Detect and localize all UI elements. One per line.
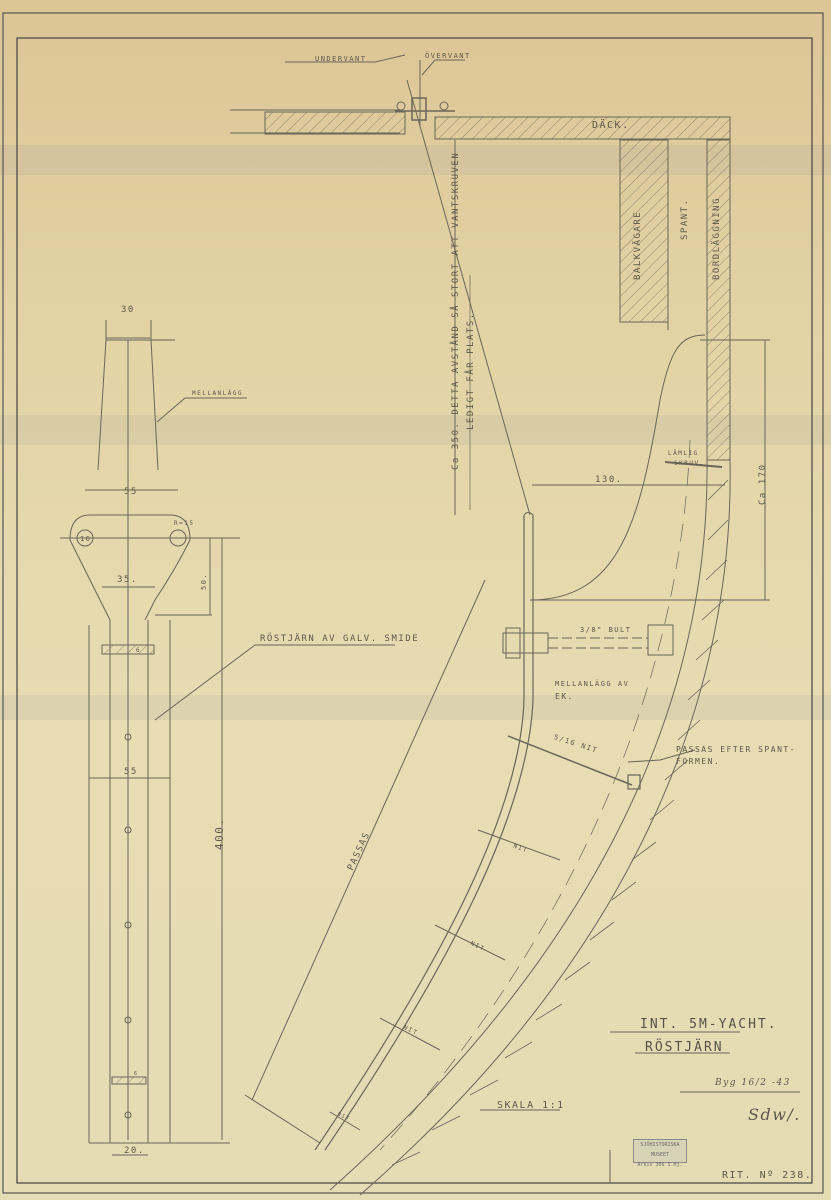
bolt-label: 3/8" BULT [580,626,631,634]
distance-note-line2: LEDIGT FÅR PLATS. [466,312,476,430]
mellanlagg-ek-label: MELLANLÄGG AV [555,680,629,688]
dim-30: 30 [121,305,135,315]
date-label: Byg 16/2 -43 [715,1078,791,1088]
side-view [60,320,395,1155]
dim-50: 50. [200,573,208,590]
dim-130: 130. [595,475,623,485]
bordlaggning-rect [707,140,730,460]
balkvagare-label: BALKVÄGARE [633,211,643,280]
archive-stamp: SJÖHISTORISKA MUSEET Arkiv 306 S.Hj. [633,1139,687,1163]
dim-6b: 6 [134,1071,139,1077]
undervant-label: UNDERVANT [315,55,366,63]
signature: Sdw/. [748,1105,801,1124]
passas-efter-label: PASSAS EFTER SPANT- [676,745,796,754]
skruv-label: SKRUV. [674,460,705,467]
stamp-line1: SJÖHISTORISKA MUSEET [634,1140,686,1160]
inner-border [17,38,812,1183]
outer-border [3,13,823,1193]
bordlaggning-label: BORDLÄGGNING [712,197,722,280]
deck-right [435,117,730,139]
dim-400: 400. [213,818,226,851]
balkvagare-rect [620,140,668,322]
scale-label: SKALA 1:1 [497,1100,565,1111]
dim-35: 35. [117,575,138,585]
dim-55-top: 55 [124,487,138,497]
dim-ca170: Ca 170 [758,463,768,505]
title-line2: RÖSTJÄRN [645,1040,724,1055]
dim-r15: R=15 [174,520,194,527]
title-line1: INT. 5M-YACHT. [640,1017,778,1032]
dack-label: DÄCK. [592,120,630,131]
ek-label: EK. [555,692,574,701]
overvant-label: ÖVERVANT [425,52,471,60]
dim-55-mid: 55 [124,767,138,777]
distance-note-line1: Ca 350. DETTA AVSTÅND SÅ STORT ATT VANTS… [451,152,461,470]
rostjarn-note: RÖSTJÄRN AV GALV. SMIDE [260,634,419,644]
dim-16: 16 [80,535,91,543]
lamplig-label: LÄMLIG [668,450,699,457]
stamp-line2: Arkiv 306 S.Hj. [634,1160,686,1170]
dim-6: 6 [136,647,141,654]
formen-label: FORMEN. [676,757,720,766]
spant-label: SPANT. [680,198,690,240]
drawing-sheet: UNDERVANT ÖVERVANT DÄCK. BALKVÄGARE SPAN… [0,0,831,1200]
dim-20: 20. [124,1146,145,1156]
deck-left [265,112,405,134]
drawing-number: RIT. Nº 238. [722,1170,812,1181]
mellanlagg-label: MELLANLÄGG [192,390,243,397]
